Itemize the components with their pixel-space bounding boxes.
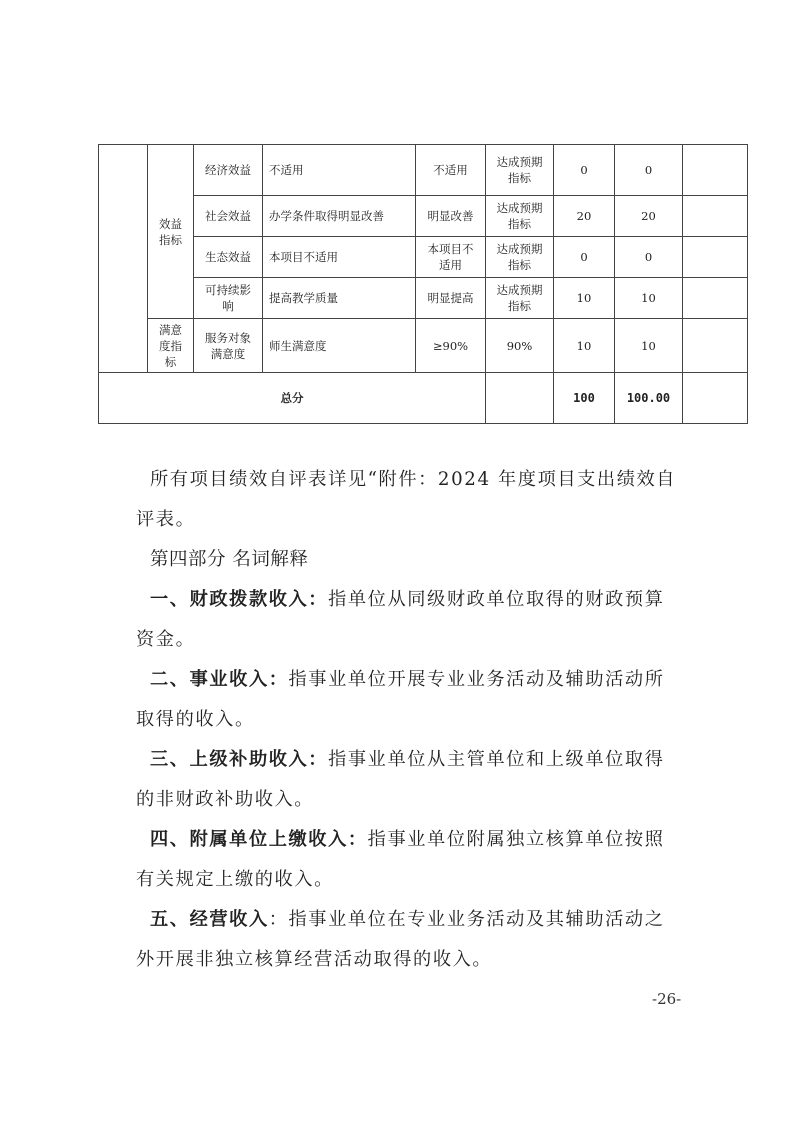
term-4-line2: 有关规定上缴的收入。 [136, 865, 334, 891]
indicator-desc: 办学条件取得明显改善 [263, 196, 416, 237]
sub-indicator: 可持续影响 [194, 278, 263, 319]
term-1-line2: 资金。 [136, 625, 195, 651]
performance-table: 效益指标 经济效益 不适用 不适用 达成预期指标 0 0 社会效益 办学条件取得… [98, 144, 748, 424]
score: 10 [615, 319, 683, 373]
sub-indicator: 生态效益 [194, 237, 263, 278]
term-2-line2: 取得的收入。 [136, 705, 255, 731]
term-3-line1: 三、上级补助收入：指事业单位从主管单位和上级单位取得 [150, 745, 664, 771]
sub-indicator: 经济效益 [194, 145, 263, 196]
sub-indicator: 服务对象满意度 [194, 319, 263, 373]
term-1-line1: 一、财政拨款收入：指单位从同级财政单位取得的财政预算 [150, 585, 664, 611]
term-5-line2: 外开展非独立核算经营活动取得的收入。 [136, 945, 492, 971]
score: 10 [615, 278, 683, 319]
term-2-title: 二、事业收入： [150, 669, 289, 690]
total-label: 总分 [99, 373, 486, 424]
sub-indicator: 社会效益 [194, 196, 263, 237]
table-row: 社会效益 办学条件取得明显改善 明显改善 达成预期指标 20 20 [99, 196, 748, 237]
term-4-line1: 四、附属单位上缴收入：指事业单位附属独立核算单位按照 [150, 825, 665, 851]
satisfaction-indicator-cell: 满意度指标 [148, 319, 194, 373]
weight: 10 [554, 319, 615, 373]
target-value: 不适用 [416, 145, 486, 196]
indicator-desc: 提高教学质量 [263, 278, 416, 319]
indicator-desc: 本项目不适用 [263, 237, 416, 278]
total-actual-empty [486, 373, 554, 424]
table-row: 满意度指标 服务对象满意度 师生满意度 ≥90% 90% 10 10 [99, 319, 748, 373]
section-heading: 第四部分 名词解释 [150, 545, 308, 571]
actual-value: 达成预期指标 [486, 237, 554, 278]
document-page: 效益指标 经济效益 不适用 不适用 达成预期指标 0 0 社会效益 办学条件取得… [0, 0, 793, 1122]
indicator-desc: 不适用 [263, 145, 416, 196]
intro-paragraph-line2: 评表。 [136, 505, 195, 531]
indicator-desc: 师生满意度 [263, 319, 416, 373]
total-weight: 100 [554, 373, 615, 424]
table-row: 可持续影响 提高教学质量 明显提高 达成预期指标 10 10 [99, 278, 748, 319]
actual-value: 达成预期指标 [486, 196, 554, 237]
note [683, 196, 748, 237]
target-value: 明显提高 [416, 278, 486, 319]
table-row: 效益指标 经济效益 不适用 不适用 达成预期指标 0 0 [99, 145, 748, 196]
term-4-title: 四、附属单位上缴收入： [150, 829, 368, 850]
benefit-indicator-cell: 效益指标 [148, 145, 194, 319]
page-number: -26- [652, 990, 681, 1008]
term-5-title: 五、经营收入 [150, 909, 269, 930]
weight: 0 [554, 145, 615, 196]
table-row: 生态效益 本项目不适用 本项目不适用 达成预期指标 0 0 [99, 237, 748, 278]
actual-value: 90% [486, 319, 554, 373]
note [683, 145, 748, 196]
score: 0 [615, 145, 683, 196]
total-row: 总分 100 100.00 [99, 373, 748, 424]
term-3-title: 三、上级补助收入： [150, 749, 328, 770]
target-value: 本项目不适用 [416, 237, 486, 278]
term-2-line1: 二、事业收入：指事业单位开展专业业务活动及辅助活动所 [150, 665, 664, 691]
term-1-title: 一、财政拨款收入： [150, 589, 328, 610]
actual-value: 达成预期指标 [486, 278, 554, 319]
score: 20 [615, 196, 683, 237]
total-note-empty [683, 373, 748, 424]
intro-paragraph-line1: 所有项目绩效自评表详见“附件：2024 年度项目支出绩效自 [150, 465, 676, 491]
term-3-line2: 的非财政补助收入。 [136, 785, 314, 811]
score: 0 [615, 237, 683, 278]
note [683, 237, 748, 278]
actual-value: 达成预期指标 [486, 145, 554, 196]
target-value: ≥90% [416, 319, 486, 373]
weight: 10 [554, 278, 615, 319]
term-5-line1: 五、经营收入：指事业单位在专业业务活动及其辅助活动之 [150, 905, 665, 931]
target-value: 明显改善 [416, 196, 486, 237]
weight: 0 [554, 237, 615, 278]
total-score: 100.00 [615, 373, 683, 424]
note [683, 319, 748, 373]
weight: 20 [554, 196, 615, 237]
note [683, 278, 748, 319]
empty-level1-cell [99, 145, 148, 373]
